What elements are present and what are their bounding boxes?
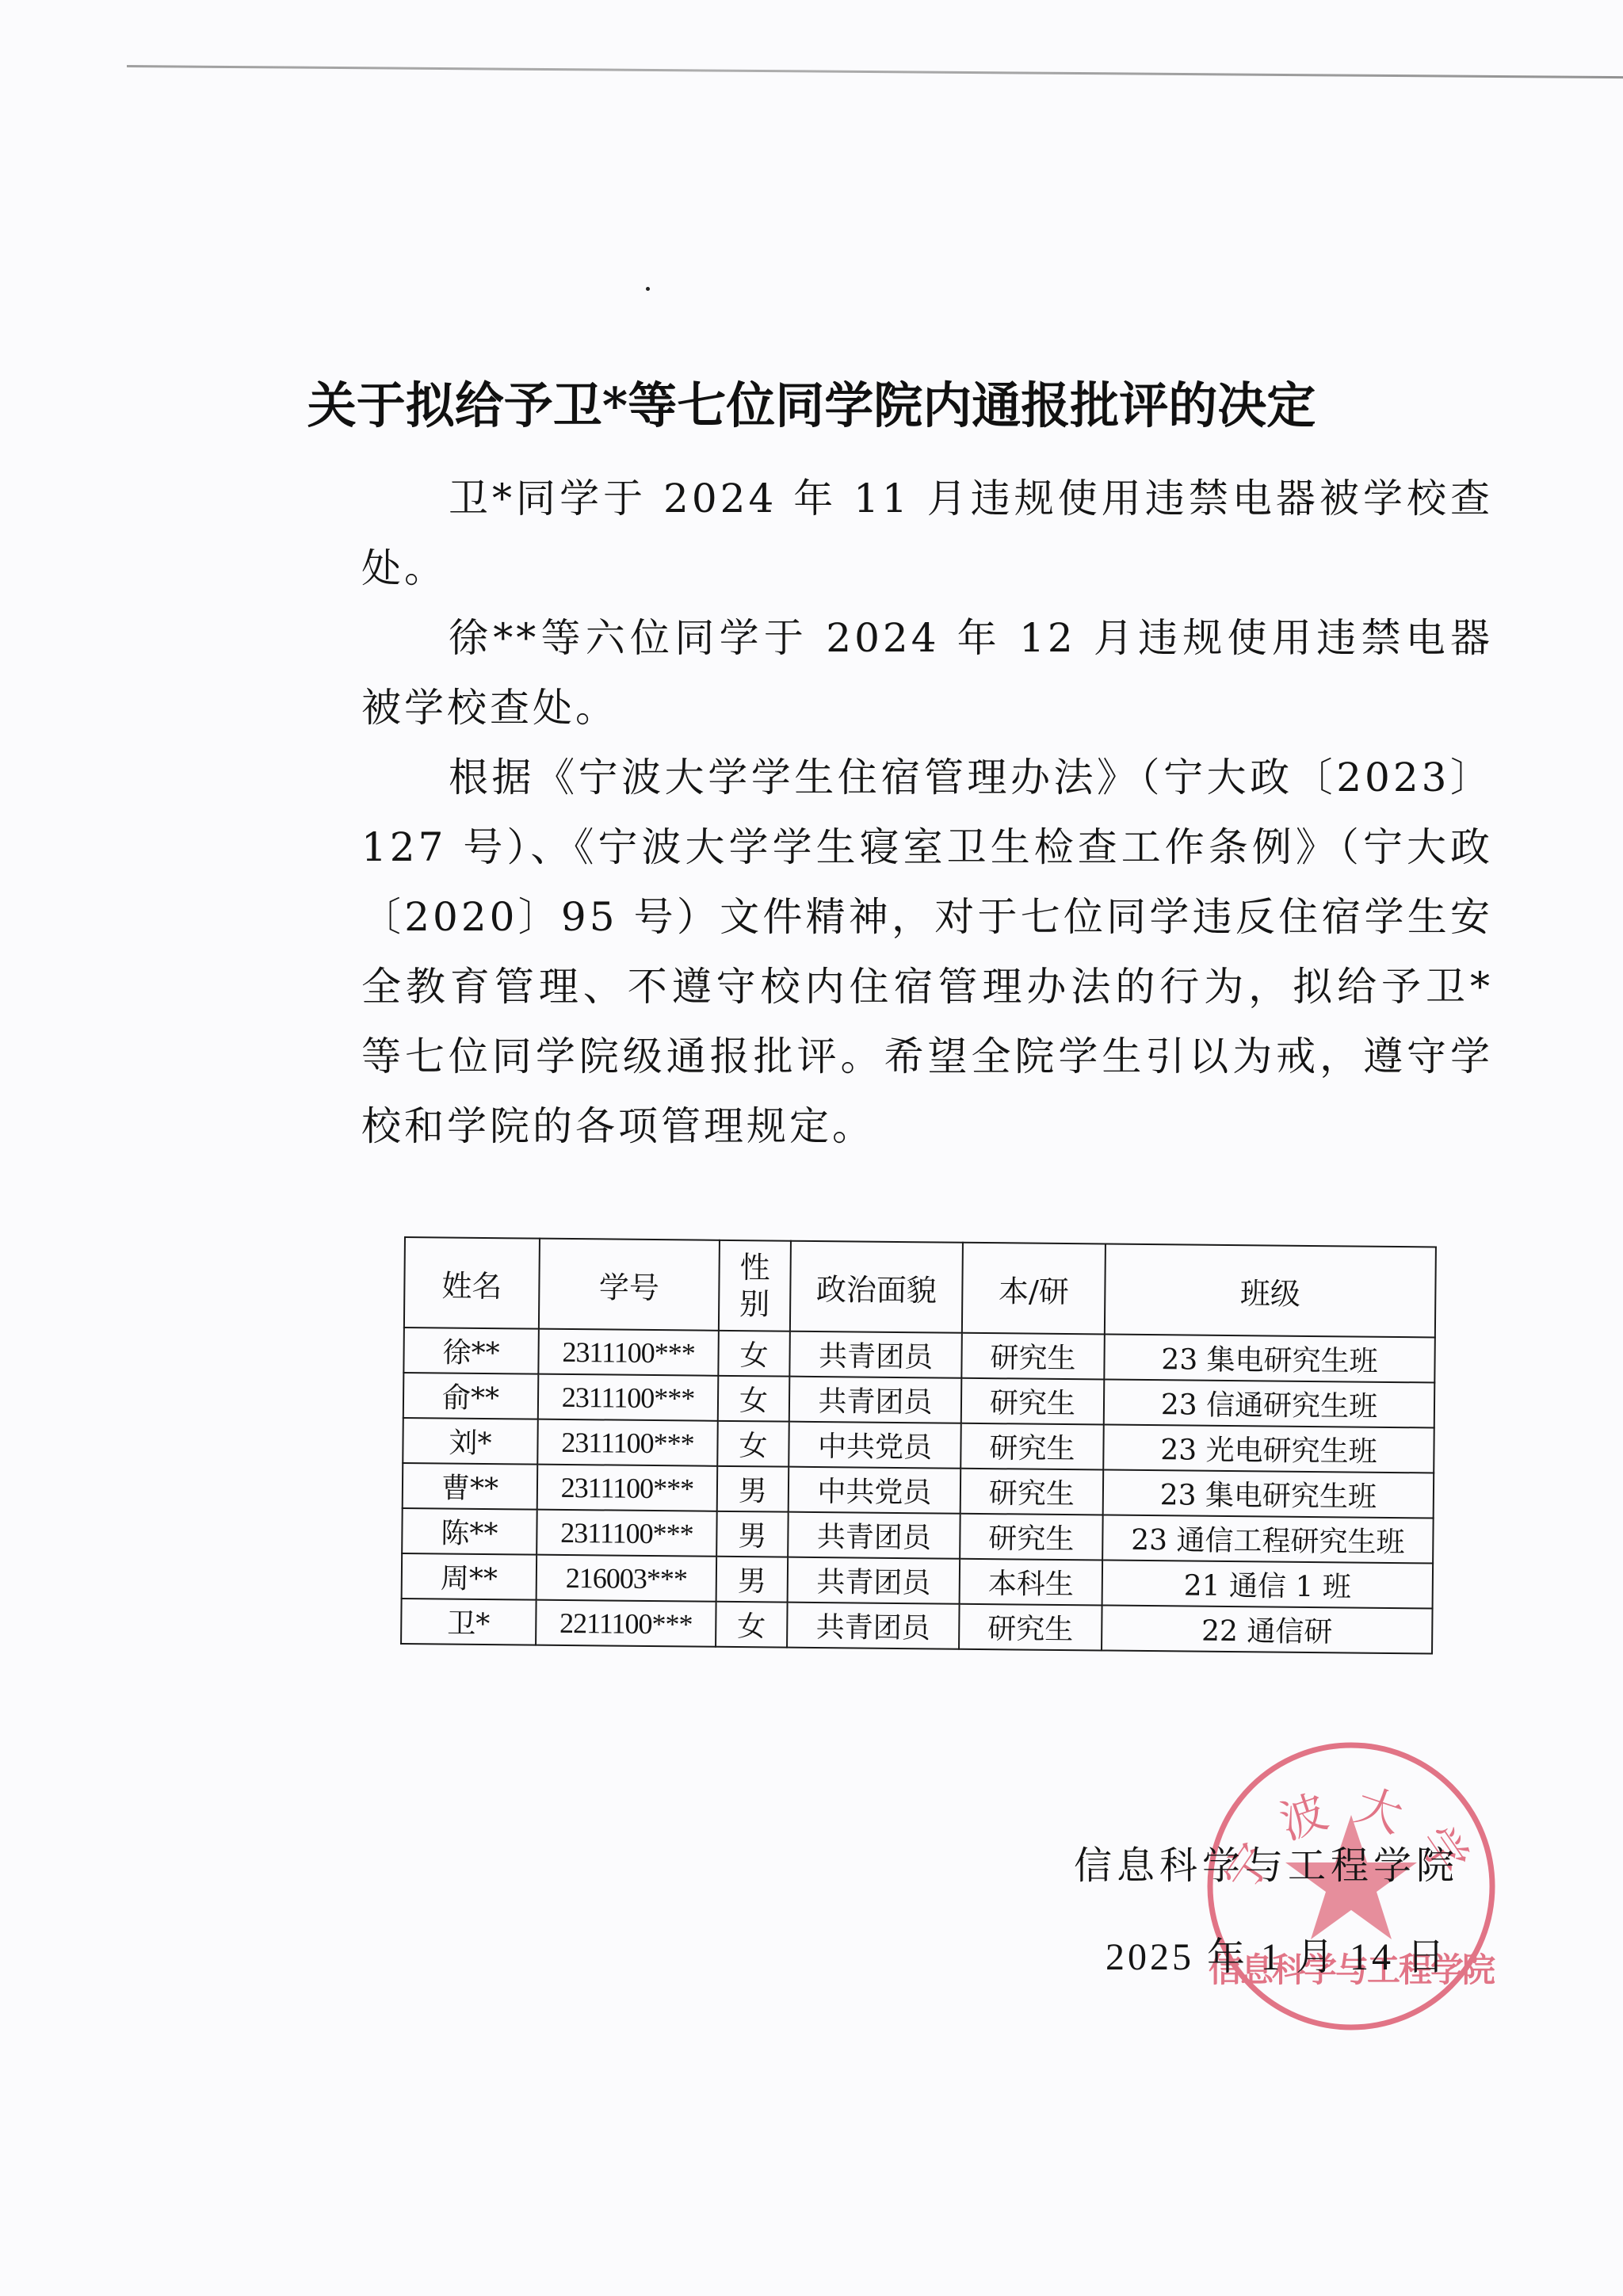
issue-date: 2025 年 1 月 14 日 [1106,1926,1448,1981]
cell-name: 俞** [403,1373,539,1419]
paragraph-3: 根据《宁波大学学生住宿管理办法》（宁大政〔2023〕127 号）、《宁波大学学生… [361,743,1493,1161]
scan-speck [646,287,650,291]
scan-edge-line [127,65,1623,78]
header-student-id: 学号 [539,1239,720,1331]
paragraph-1: 卫*同学于 2024 年 11 月违规使用违禁电器被学校查处。 [361,464,1493,603]
cell-name: 周** [402,1553,537,1600]
cell-name: 陈** [402,1508,537,1555]
cell-gender: 男 [716,1511,789,1557]
cell-political-status: 共青团员 [787,1603,960,1649]
cell-level: 本科生 [960,1559,1103,1606]
cell-name: 徐** [403,1328,539,1374]
cell-political-status: 共青团员 [788,1512,960,1559]
cell-gender: 女 [717,1421,789,1467]
cell-level: 研究生 [960,1469,1104,1515]
cell-student-id: 2311100*** [538,1374,719,1421]
cell-gender: 女 [718,1331,790,1377]
cell-level: 研究生 [961,1333,1105,1380]
cell-student-id: 2311100*** [537,1465,718,1511]
cell-level: 研究生 [960,1514,1103,1561]
header-gender: 性别 [719,1240,791,1331]
student-table-container: 姓名 学号 性别 政治面貌 本/研 班级 徐** 2311100*** 女 共青… [404,1236,1437,1645]
cell-class: 23 信通研究生班 [1104,1379,1435,1427]
cell-political-status: 中共党员 [789,1422,961,1469]
cell-name: 曹** [403,1463,538,1510]
cell-class: 22 通信研 [1102,1605,1433,1653]
cell-political-status: 共青团员 [789,1331,962,1378]
cell-political-status: 中共党员 [789,1467,961,1514]
cell-student-id: 216003*** [537,1555,717,1602]
cell-class: 21 通信 1 班 [1102,1560,1434,1608]
header-class: 班级 [1105,1244,1436,1337]
cell-gender: 男 [716,1557,789,1603]
cell-student-id: 2311100*** [537,1510,717,1557]
header-level: 本/研 [962,1243,1106,1335]
cell-class: 23 集电研究生班 [1104,1334,1435,1382]
cell-student-id: 2311100*** [538,1329,719,1376]
cell-gender: 女 [718,1376,790,1422]
cell-gender: 女 [716,1602,788,1648]
cell-name: 卫* [401,1599,537,1645]
cell-level: 研究生 [961,1378,1105,1425]
cell-class: 23 集电研究生班 [1103,1469,1434,1518]
cell-class: 23 通信工程研究生班 [1102,1515,1434,1563]
cell-political-status: 共青团员 [789,1377,962,1423]
issuer-signature: 信息科学与工程学院 [1074,1835,1459,1889]
cell-level: 研究生 [960,1423,1104,1470]
header-gender-label: 性别 [739,1249,770,1322]
document-title: 关于拟给予卫*等七位同学院内通报批评的决定 [0,366,1623,437]
cell-political-status: 共青团员 [788,1557,960,1604]
cell-gender: 男 [717,1466,789,1512]
header-name: 姓名 [404,1237,540,1329]
cell-class: 23 光电研究生班 [1103,1424,1434,1473]
cell-student-id: 2311100*** [537,1419,718,1466]
table-row: 卫* 2211100*** 女 共青团员 研究生 22 通信研 [401,1599,1432,1653]
document-body: 卫*同学于 2024 年 11 月违规使用违禁电器被学校查处。 徐**等六位同学… [361,464,1493,1161]
cell-name: 刘* [403,1418,538,1465]
header-political-status: 政治面貌 [790,1241,963,1333]
cell-student-id: 2211100*** [536,1600,716,1647]
student-table: 姓名 学号 性别 政治面貌 本/研 班级 徐** 2311100*** 女 共青… [400,1236,1437,1654]
table-header-row: 姓名 学号 性别 政治面貌 本/研 班级 [404,1237,1436,1337]
cell-level: 研究生 [959,1604,1102,1651]
paragraph-2: 徐**等六位同学于 2024 年 12 月违规使用违禁电器被学校查处。 [361,603,1493,743]
